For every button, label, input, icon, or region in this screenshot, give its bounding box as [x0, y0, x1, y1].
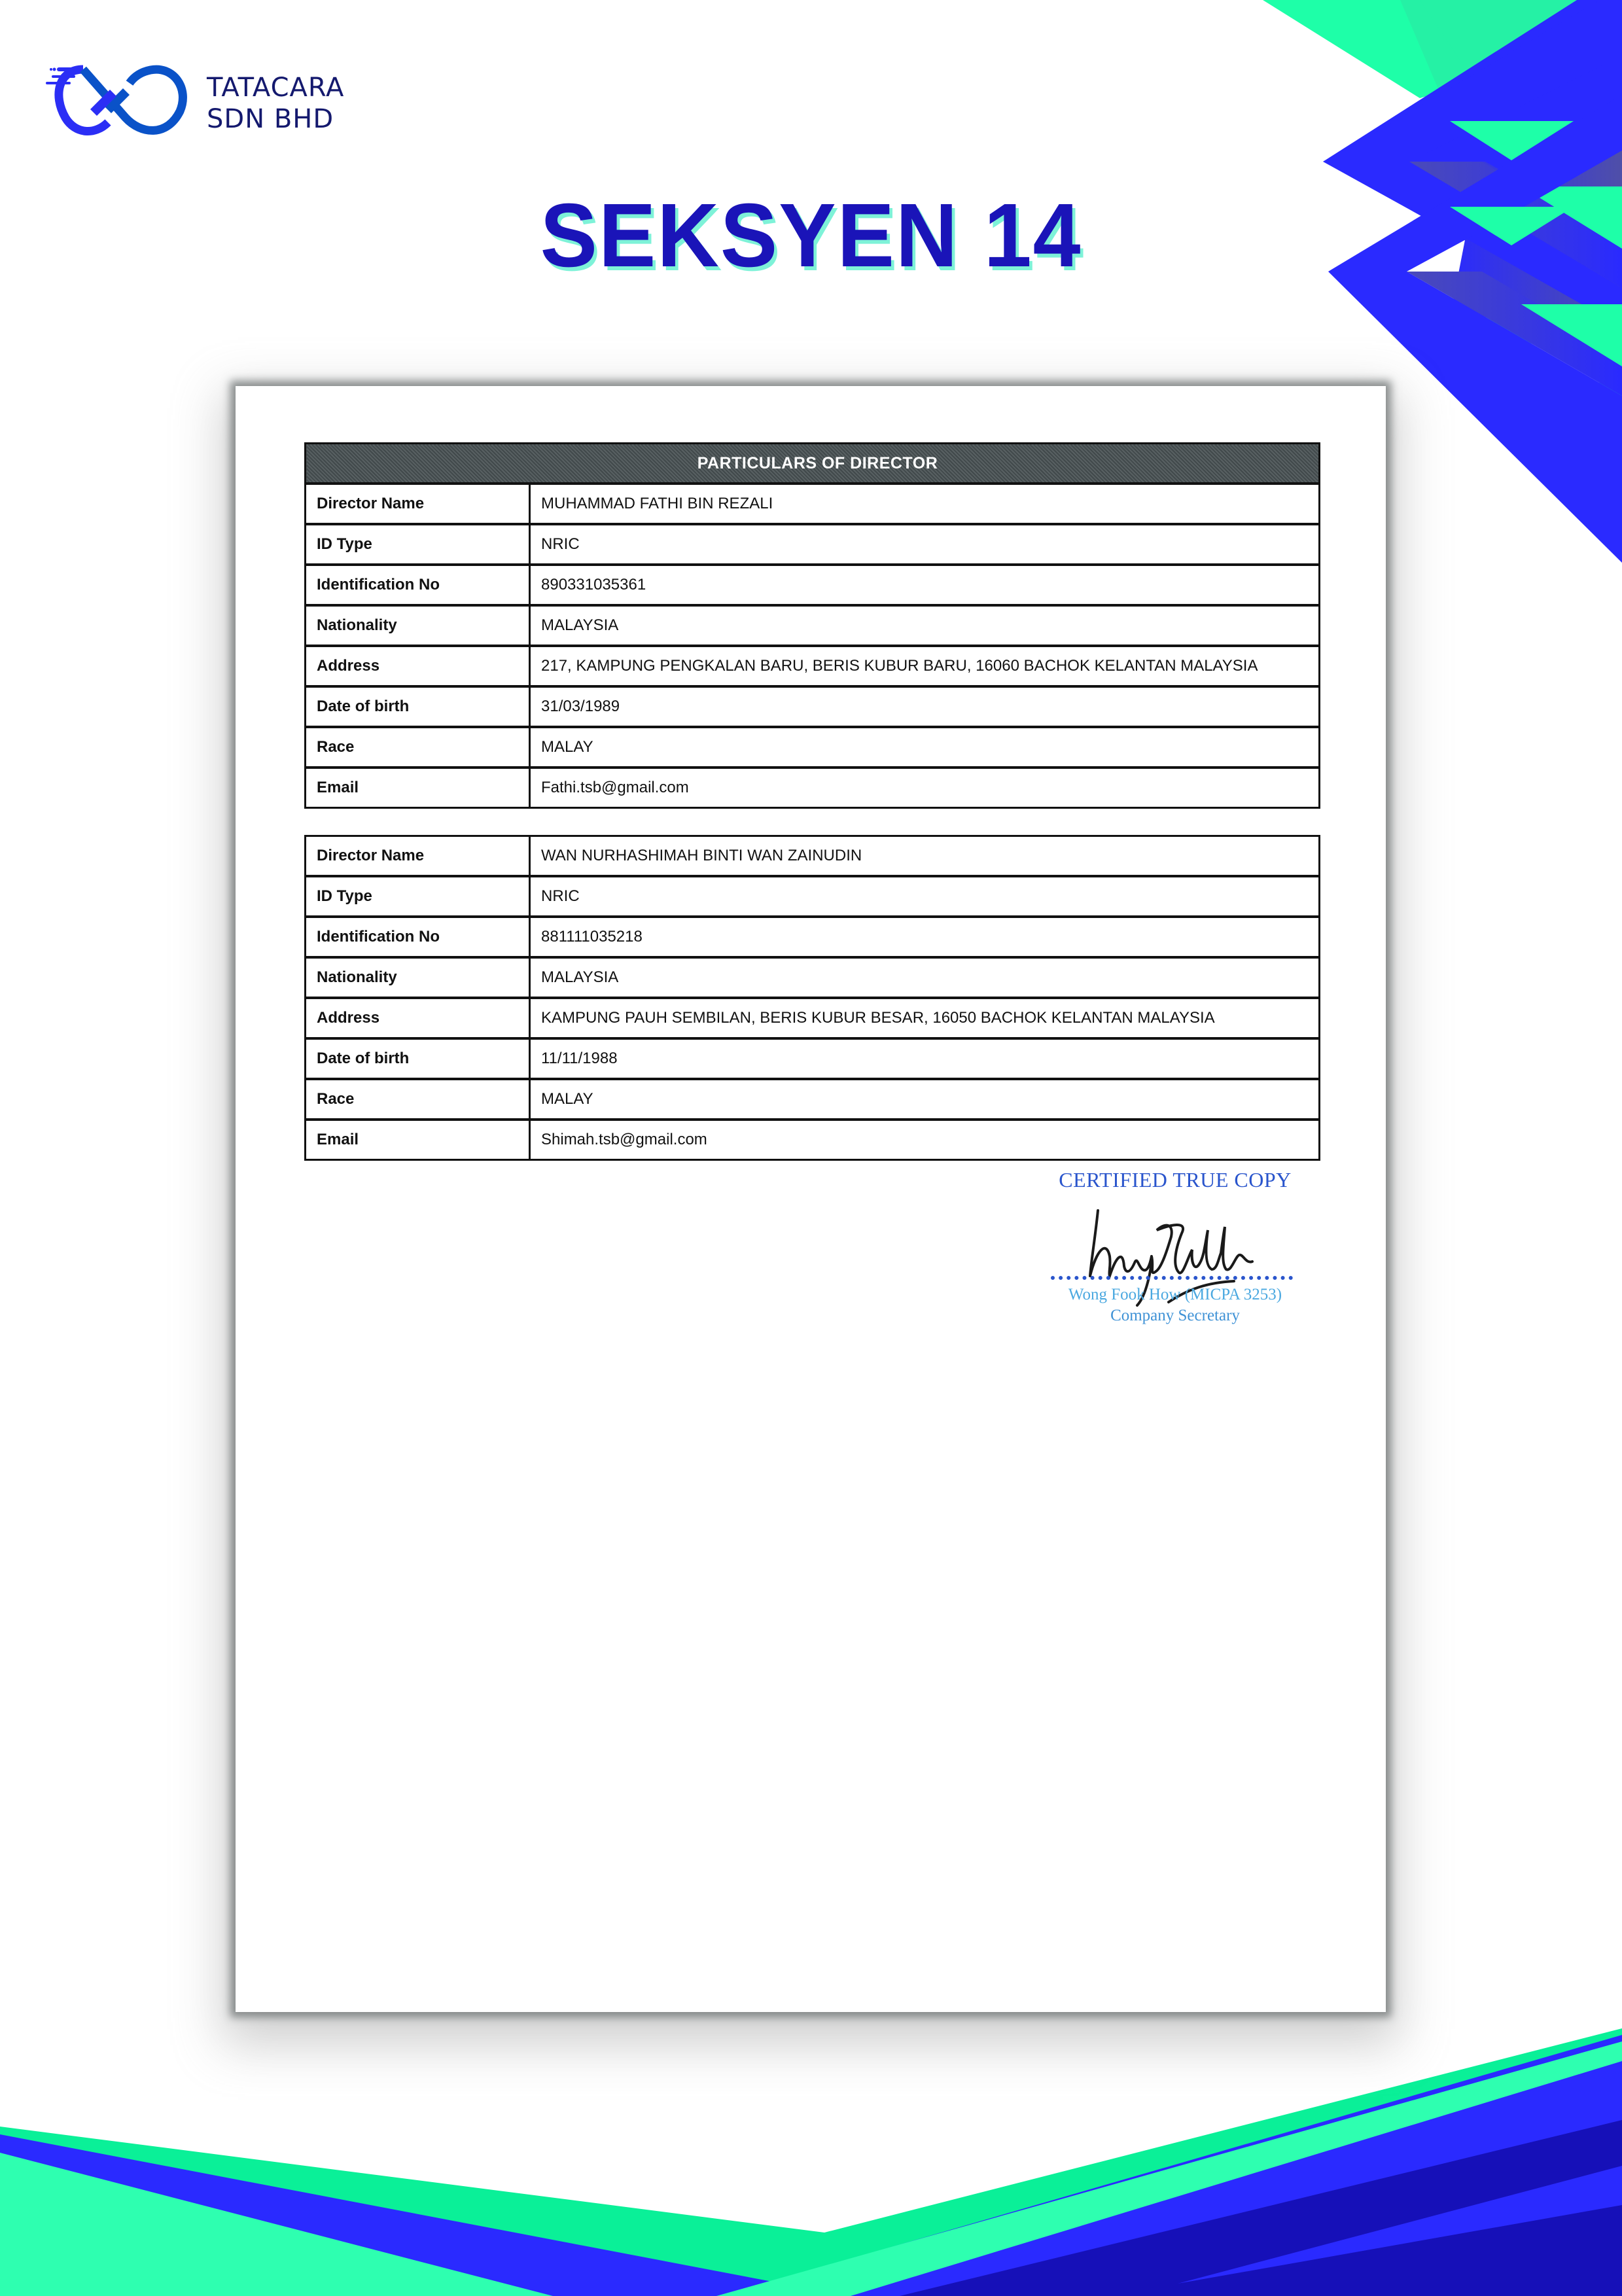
row-label: Race	[306, 727, 530, 768]
row-value: WAN NURHASHIMAH BINTI WAN ZAINUDIN	[530, 836, 1320, 877]
table-row: Date of birth11/11/1988	[306, 1038, 1320, 1079]
row-value: MALAY	[530, 1079, 1320, 1120]
director-table-2: Director NameWAN NURHASHIMAH BINTI WAN Z…	[304, 835, 1320, 1161]
signature-dotted-line	[1051, 1276, 1293, 1280]
brand-name-line1: TATACARA	[207, 72, 344, 103]
row-label: Address	[306, 646, 530, 686]
row-value: 31/03/1989	[530, 686, 1320, 727]
infinity-link-logo-icon	[46, 62, 196, 144]
director-table-1: PARTICULARS OF DIRECTOR Director NameMUH…	[304, 442, 1320, 809]
table-row: Date of birth31/03/1989	[306, 686, 1320, 727]
certified-true-copy-stamp: CERTIFIED TRUE COPY Wong Fook How (MICPA…	[1044, 1168, 1306, 1338]
row-label: Director Name	[306, 484, 530, 524]
table-row: NationalityMALAYSIA	[306, 605, 1320, 646]
section-header: PARTICULARS OF DIRECTOR	[306, 444, 1320, 484]
signatory-role: Company Secretary	[1044, 1307, 1306, 1325]
brand-name: TATACARA SDN BHD	[207, 72, 344, 135]
stamp-heading: CERTIFIED TRUE COPY	[1044, 1168, 1306, 1192]
signatory-name: Wong Fook How (MICPA 3253)	[1044, 1286, 1306, 1304]
table-row: Director NameWAN NURHASHIMAH BINTI WAN Z…	[306, 836, 1320, 877]
row-label: Identification No	[306, 917, 530, 957]
company-logo	[46, 62, 196, 144]
table-row: ID TypeNRIC	[306, 876, 1320, 917]
row-label: Nationality	[306, 957, 530, 998]
brand-name-line2: SDN BHD	[207, 103, 344, 135]
row-value: 11/11/1988	[530, 1038, 1320, 1079]
row-value: KAMPUNG PAUH SEMBILAN, BERIS KUBUR BESAR…	[530, 998, 1320, 1038]
row-value: MUHAMMAD FATHI BIN REZALI	[530, 484, 1320, 524]
table-row: AddressKAMPUNG PAUH SEMBILAN, BERIS KUBU…	[306, 998, 1320, 1038]
row-value: 881111035218	[530, 917, 1320, 957]
table-row: Identification No890331035361	[306, 565, 1320, 605]
row-value: Fathi.tsb@gmail.com	[530, 768, 1320, 808]
row-label: Email	[306, 1120, 530, 1160]
row-value: NRIC	[530, 876, 1320, 917]
row-label: Identification No	[306, 565, 530, 605]
row-value: NRIC	[530, 524, 1320, 565]
row-label: ID Type	[306, 876, 530, 917]
row-label: Address	[306, 998, 530, 1038]
row-label: Date of birth	[306, 686, 530, 727]
row-value: MALAYSIA	[530, 605, 1320, 646]
table-row: RaceMALAY	[306, 1079, 1320, 1120]
page-title: SEKSYEN 14	[41, 190, 1581, 281]
table-row: ID TypeNRIC	[306, 524, 1320, 565]
row-value: MALAY	[530, 727, 1320, 768]
table-row: EmailFathi.tsb@gmail.com	[306, 768, 1320, 808]
row-label: Race	[306, 1079, 530, 1120]
table-row: EmailShimah.tsb@gmail.com	[306, 1120, 1320, 1160]
row-label: Director Name	[306, 836, 530, 877]
row-value: MALAYSIA	[530, 957, 1320, 998]
row-label: Nationality	[306, 605, 530, 646]
row-value: 217, KAMPUNG PENGKALAN BARU, BERIS KUBUR…	[530, 646, 1320, 686]
row-label: Date of birth	[306, 1038, 530, 1079]
row-value: 890331035361	[530, 565, 1320, 605]
table-row: Identification No881111035218	[306, 917, 1320, 957]
row-value: Shimah.tsb@gmail.com	[530, 1120, 1320, 1160]
table-row: NationalityMALAYSIA	[306, 957, 1320, 998]
row-label: ID Type	[306, 524, 530, 565]
row-label: Email	[306, 768, 530, 808]
table-row: Director NameMUHAMMAD FATHI BIN REZALI	[306, 484, 1320, 524]
table-row: Address217, KAMPUNG PENGKALAN BARU, BERI…	[306, 646, 1320, 686]
table-row: RaceMALAY	[306, 727, 1320, 768]
